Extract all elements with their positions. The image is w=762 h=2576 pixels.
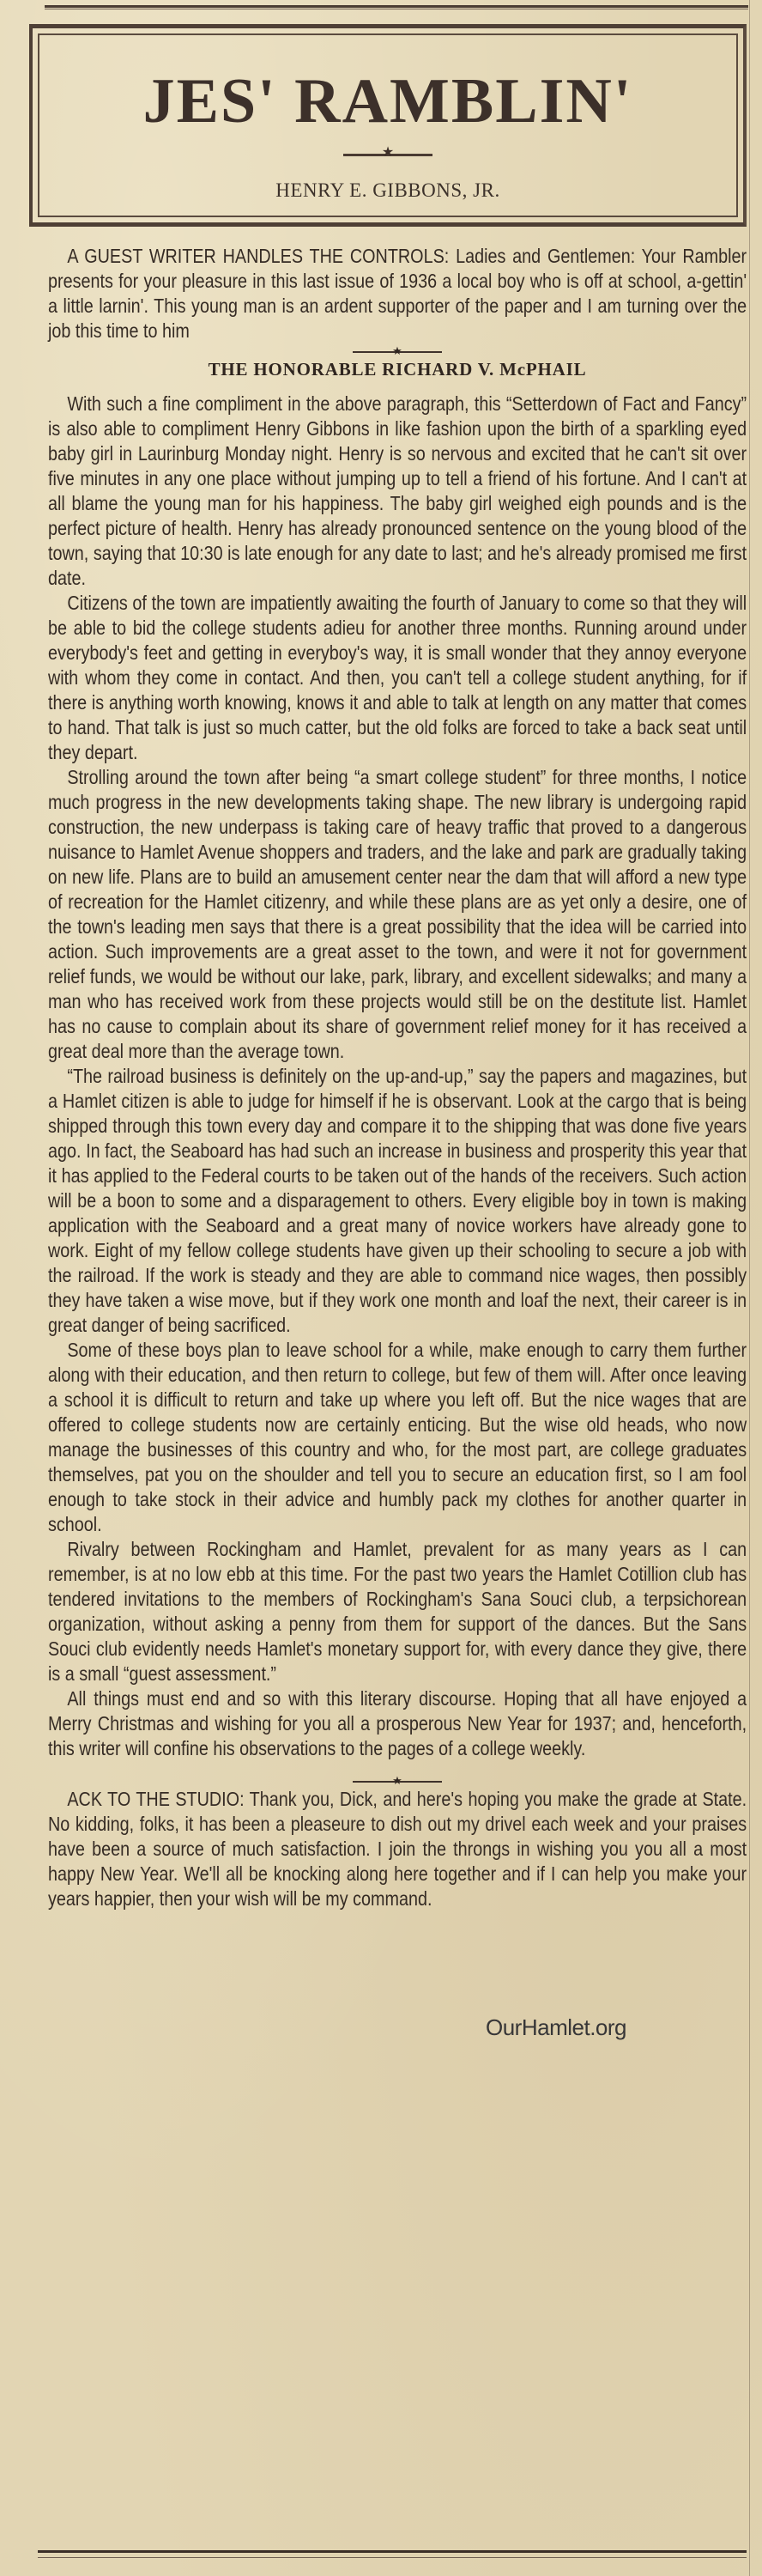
masthead-box: JES' RAMBLIN' ★ HENRY E. GIBBONS, JR. [29, 24, 747, 227]
bottom-rule [38, 2550, 747, 2556]
star-icon: ★ [392, 345, 402, 356]
star-icon: ★ [382, 146, 394, 160]
paragraph: With such a fine compliment in the above… [48, 392, 747, 591]
byline: HENRY E. GIBBONS, JR. [33, 179, 743, 202]
top-rule [45, 0, 748, 8]
watermark: OurHamlet.org [486, 2014, 626, 2041]
paragraph: Some of these boys plan to leave school … [48, 1338, 747, 1537]
section-divider: ★ [353, 1777, 442, 1787]
section-divider: ★ [353, 347, 442, 357]
paragraph: Rivalry between Rockingham and Hamlet, p… [48, 1537, 747, 1686]
paragraph: “The railroad business is definitely on … [48, 1064, 747, 1338]
paragraph: Citizens of the town are impatiently awa… [48, 591, 747, 765]
guest-writer-subhead: THE HONORABLE RICHARD V. McPHAIL [48, 357, 747, 381]
column-edge-rule [749, 0, 750, 2576]
paragraph: Strolling around the town after being “a… [48, 765, 747, 1064]
closing-paragraph: ACK TO THE STUDIO: Thank you, Dick, and … [48, 1787, 747, 1911]
closing-lead: ACK TO THE STUDIO: [67, 1788, 244, 1810]
title-divider: ★ [343, 149, 432, 161]
intro-lead: A GUEST WRITER HANDLES THE CONTROLS: [67, 245, 449, 267]
intro-paragraph: A GUEST WRITER HANDLES THE CONTROLS: Lad… [48, 244, 747, 343]
column-title: JES' RAMBLIN' [33, 70, 743, 133]
paragraph: All things must end and so with this lit… [48, 1686, 747, 1761]
newspaper-clipping: JES' RAMBLIN' ★ HENRY E. GIBBONS, JR. A … [0, 0, 762, 2576]
article-body: A GUEST WRITER HANDLES THE CONTROLS: Lad… [48, 244, 747, 1911]
star-icon: ★ [392, 1775, 402, 1786]
